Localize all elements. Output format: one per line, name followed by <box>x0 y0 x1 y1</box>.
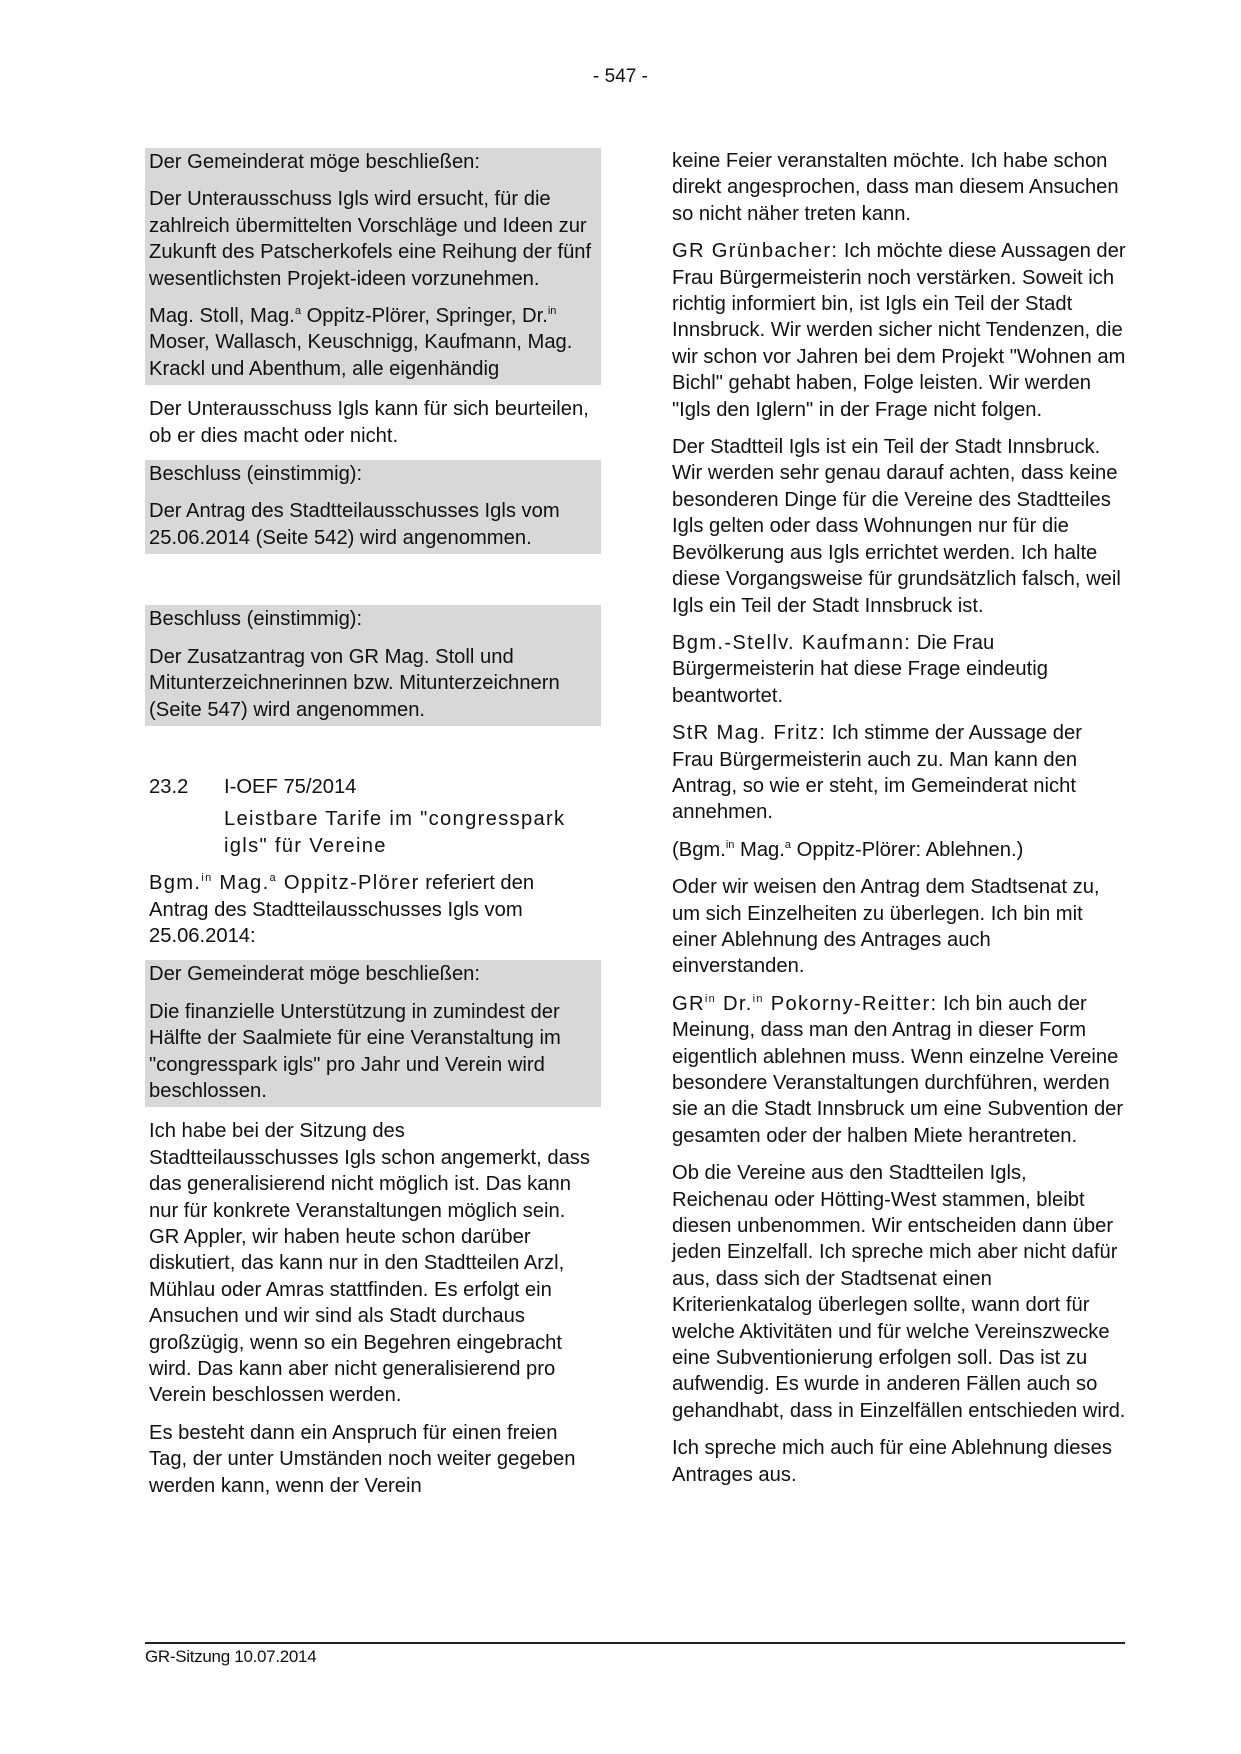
speaker: StR Mag. Fritz: <box>672 722 826 744</box>
section-code: I-OEF 75/2014 <box>224 774 356 800</box>
paragraph: keine Feier veranstalten möchte. Ich hab… <box>672 148 1128 227</box>
motion-text: Der Unterausschuss Igls wird ersucht, fü… <box>145 186 601 292</box>
motion-label: Der Gemeinderat möge beschließen: <box>145 961 601 987</box>
paragraph: Ich spreche mich auch für eine Ablehnung… <box>672 1435 1128 1488</box>
right-column: keine Feier veranstalten möchte. Ich hab… <box>672 148 1128 1499</box>
speaker: Bgm.in Mag.a Oppitz-Plörer <box>149 872 420 894</box>
paragraph: Oder wir weisen den Antrag dem Stadtsena… <box>672 874 1128 980</box>
resolution-box: Beschluss (einstimmig): Der Antrag des S… <box>145 460 601 554</box>
paragraph: Ob die Vereine aus den Stadtteilen Igls,… <box>672 1160 1128 1424</box>
intro-paragraph: Bgm.in Mag.a Oppitz-Plörer referiert den… <box>145 870 601 949</box>
motion-text: Die finanzielle Unterstützung in zuminde… <box>145 999 601 1105</box>
speech-paragraph: Bgm.-Stellv. Kaufmann: Die Frau Bürgerme… <box>672 630 1128 709</box>
section-heading: 23.2 I-OEF 75/2014 <box>145 774 601 800</box>
paragraph: Es besteht dann ein Anspruch für einen f… <box>145 1420 601 1499</box>
footer-divider <box>145 1642 1125 1644</box>
motion-box: Der Gemeinderat möge beschließen: Die fi… <box>145 960 601 1107</box>
paragraph: Ich habe bei der Sitzung des Stadtteilau… <box>145 1118 601 1408</box>
footer-text: GR-Sitzung 10.07.2014 <box>145 1647 316 1667</box>
speech-paragraph: GRin Dr.in Pokorny-Reitter: Ich bin auch… <box>672 991 1128 1149</box>
speaker: GRin Dr.in Pokorny-Reitter: <box>672 993 937 1015</box>
resolution-text: Der Antrag des Stadtteilausschusses Igls… <box>145 498 601 551</box>
section-number: 23.2 <box>149 774 224 800</box>
paragraph: Der Unterausschuss Igls kann für sich be… <box>145 396 601 449</box>
resolution-box: Beschluss (einstimmig): Der Zusatzantrag… <box>145 605 601 726</box>
resolution-label: Beschluss (einstimmig): <box>145 461 601 487</box>
motion-box: Der Gemeinderat möge beschließen: Der Un… <box>145 148 601 385</box>
speech-paragraph: GR Grünbacher: Ich möchte diese Aussagen… <box>672 238 1128 423</box>
motion-label: Der Gemeinderat möge beschließen: <box>145 149 601 175</box>
page-number: - 547 - <box>0 66 1241 88</box>
interjection: (Bgm.in Mag.a Oppitz-Plörer: Ablehnen.) <box>672 837 1128 863</box>
left-column: Der Gemeinderat möge beschließen: Der Un… <box>145 148 601 1510</box>
resolution-label: Beschluss (einstimmig): <box>145 606 601 632</box>
paragraph: Der Stadtteil Igls ist ein Teil der Stad… <box>672 434 1128 619</box>
signers: Mag. Stoll, Mag.a Oppitz-Plörer, Springe… <box>145 303 601 382</box>
speech-paragraph: StR Mag. Fritz: Ich stimme der Aussage d… <box>672 720 1128 826</box>
speaker: Bgm.-Stellv. Kaufmann: <box>672 632 911 654</box>
speaker: GR Grünbacher: <box>672 240 838 262</box>
resolution-text: Der Zusatzantrag von GR Mag. Stoll und M… <box>145 644 601 723</box>
section-title: Leistbare Tarife im "congresspark igls" … <box>224 806 601 859</box>
